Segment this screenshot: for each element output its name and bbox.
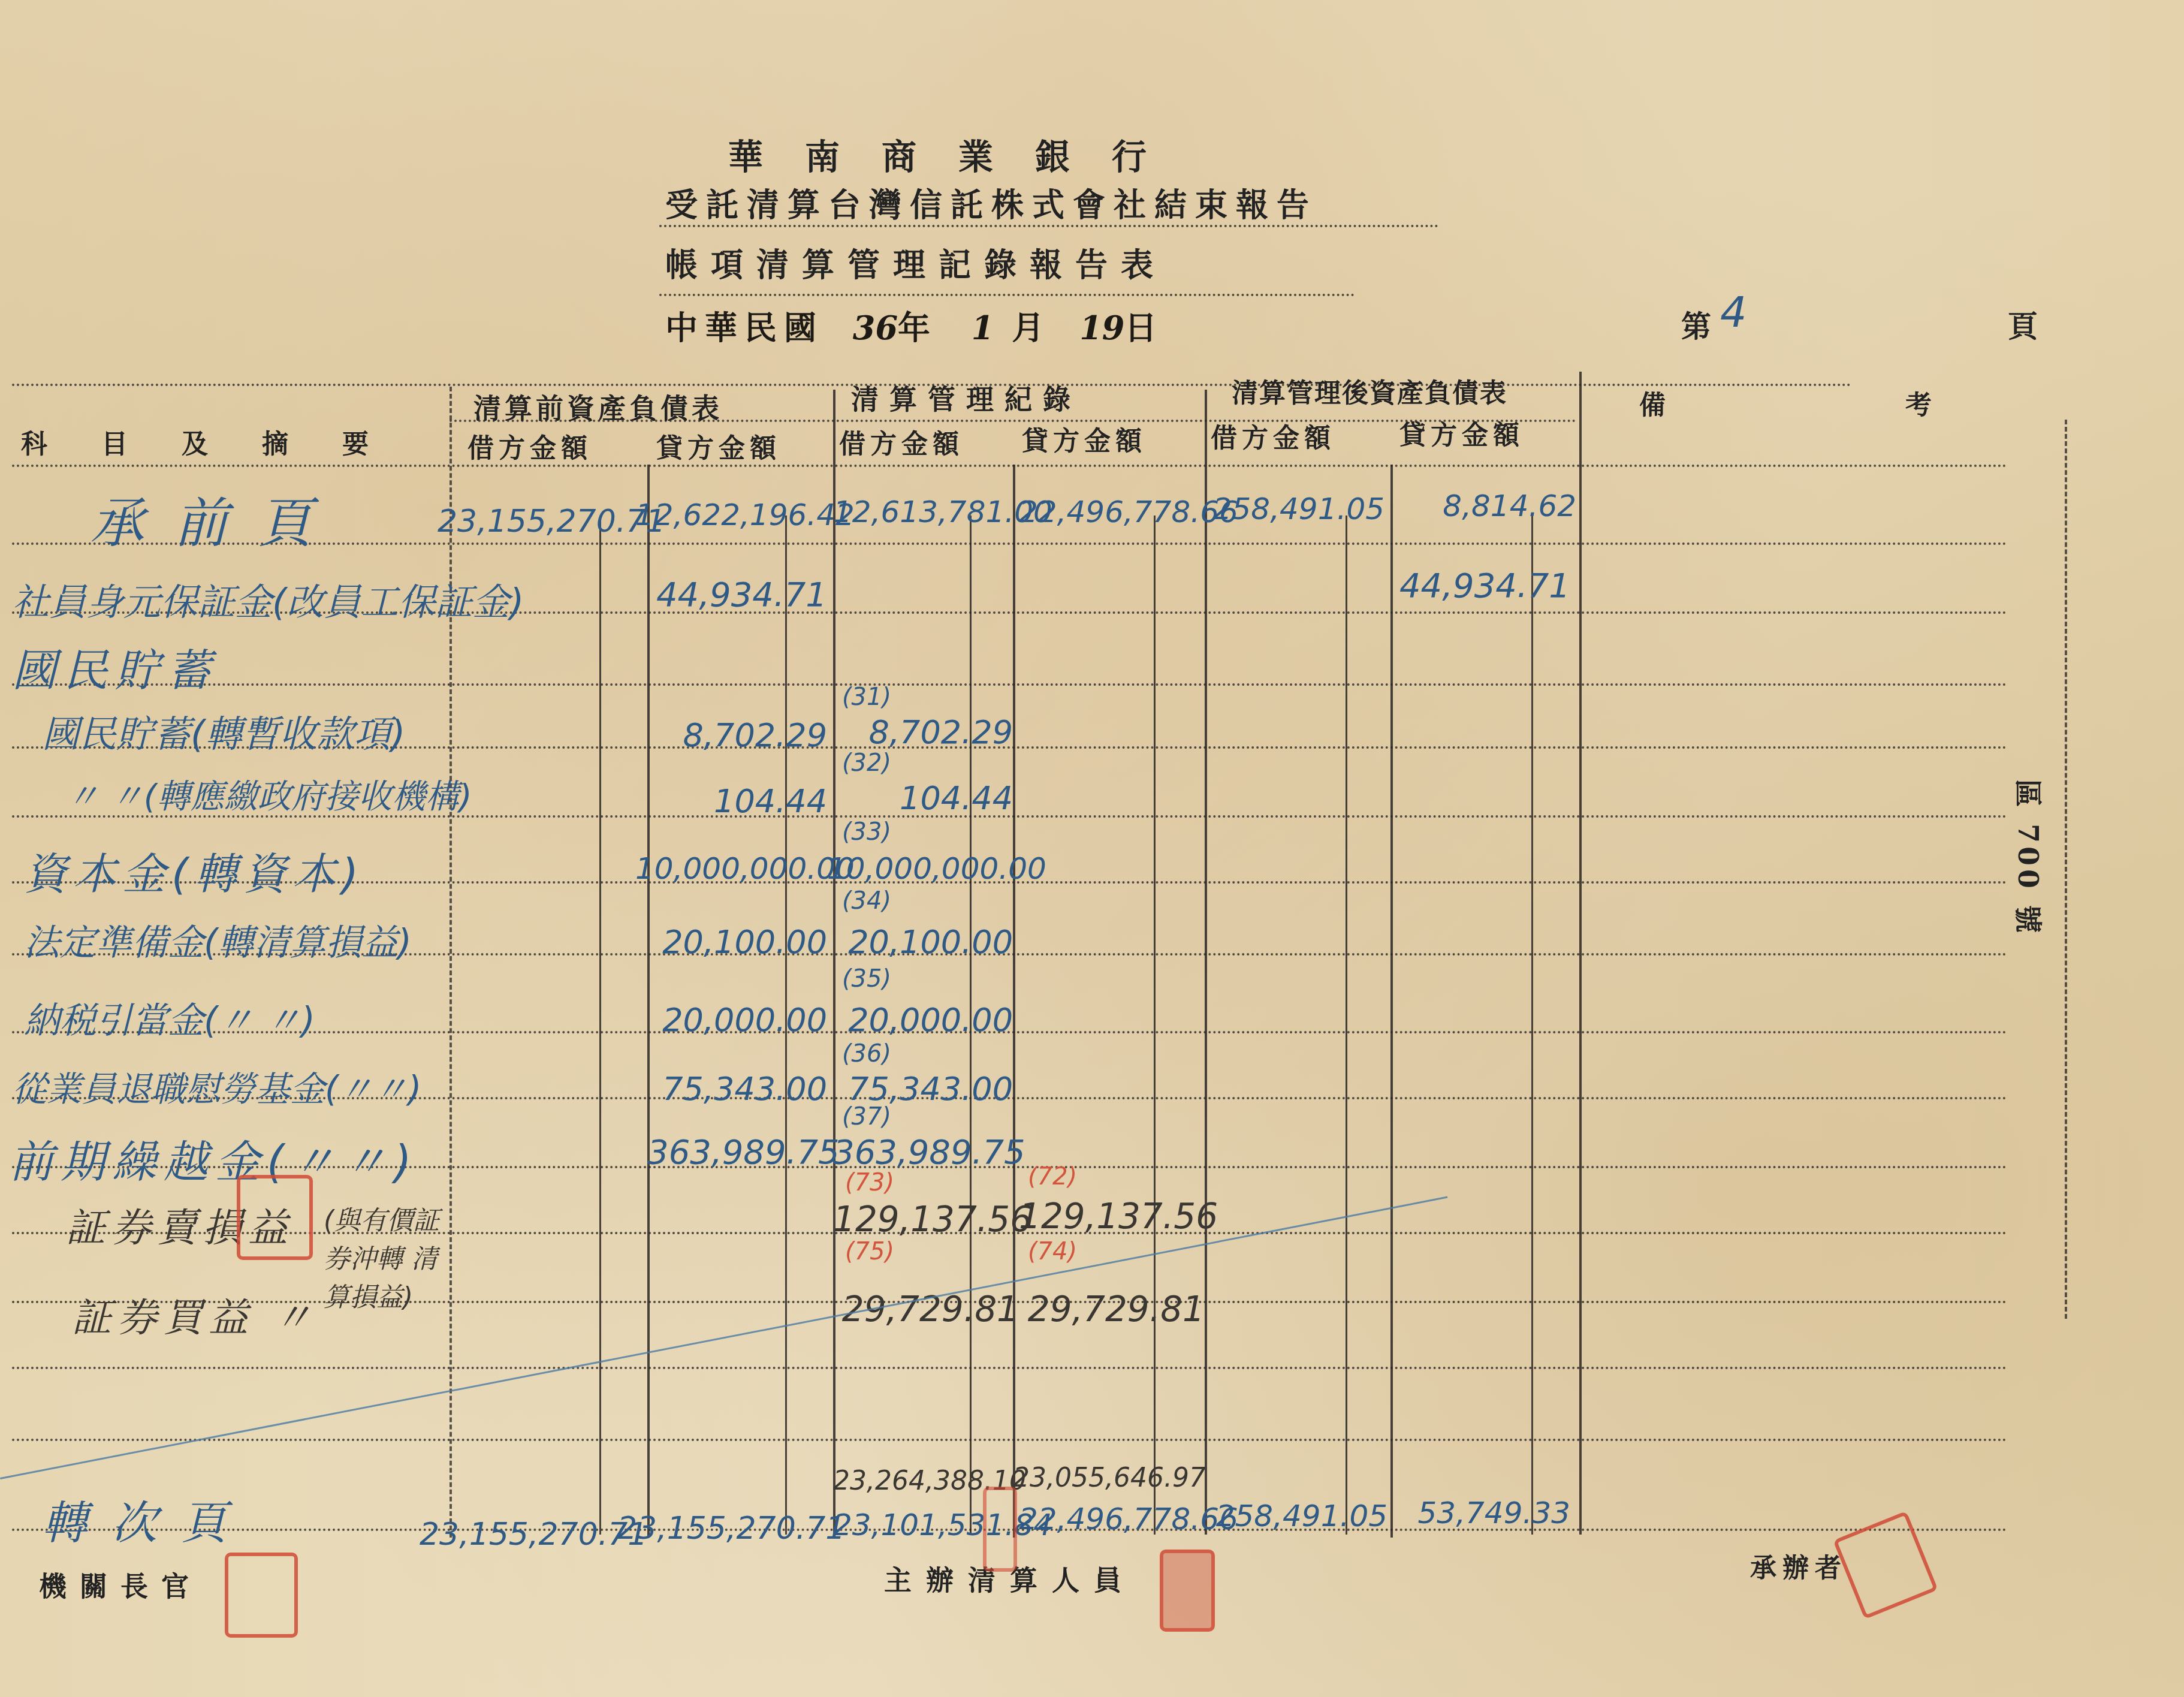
row-subject: 社員身元保証金(改員工保証金) bbox=[12, 572, 524, 626]
post-debit-value: 258,491.05 bbox=[1208, 492, 1384, 526]
bank-name: 華南商業銀行 bbox=[728, 129, 1188, 179]
form-title: 帳項清算管理記錄報告表 bbox=[665, 240, 1166, 286]
post-credit-value: 8,814.62 bbox=[1396, 489, 1576, 523]
date-month: 1 bbox=[972, 309, 994, 347]
entry-ref-red: (73) bbox=[845, 1169, 894, 1196]
post-credit-value: 44,934.71 bbox=[1390, 566, 1570, 605]
pre-debit-value: 23,155,270.71 bbox=[438, 504, 641, 539]
margin-stamp-number: 區 700 號 bbox=[2010, 779, 2050, 936]
rec-debit-value: 129,137.56 bbox=[833, 1199, 1019, 1240]
row-line bbox=[12, 1439, 2008, 1441]
pre-credit-value: 20,100.00 bbox=[647, 923, 827, 961]
col-divider-subject bbox=[450, 387, 452, 1538]
official-seal bbox=[225, 1553, 298, 1638]
row-subject: 國民貯蓄(轉暫收款項) bbox=[42, 704, 405, 758]
group-header-pre: 清算前資產負債表 bbox=[473, 387, 723, 426]
row-subject: 資本金(轉資本) bbox=[24, 839, 364, 902]
row-subject: 法定準備金(轉清算損益) bbox=[24, 914, 412, 966]
remarks-right-border bbox=[2065, 420, 2067, 1319]
row-subject: 承前頁 bbox=[90, 480, 342, 557]
official-label: 機關長官 bbox=[39, 1565, 202, 1604]
total-pre-credit: 23,155,270.71 bbox=[617, 1511, 830, 1547]
pre-credit-value: 8,702.29 bbox=[647, 716, 827, 754]
cents-divider bbox=[1346, 516, 1347, 1535]
entry-ref-red: (72) bbox=[1028, 1163, 1077, 1190]
rec-debit-value: 363,989.75 bbox=[833, 1133, 1013, 1172]
page-number: 4 bbox=[1720, 288, 1747, 337]
entry-ref: (36) bbox=[842, 1040, 891, 1068]
row-line bbox=[12, 1367, 2008, 1369]
entry-ref-red: (74) bbox=[1028, 1238, 1077, 1265]
entry-ref: (37) bbox=[842, 1103, 891, 1131]
pre-credit-header: 貸方金額 bbox=[656, 427, 781, 465]
pre-debit-header: 借方金額 bbox=[467, 427, 592, 465]
row-note: (與有價証券沖轉 清算損益) bbox=[324, 1199, 461, 1314]
pre-credit-value: 20,000.00 bbox=[647, 1001, 827, 1039]
pre-credit-value: 44,934.71 bbox=[647, 575, 827, 614]
col-header-subject: 科目及摘要 bbox=[21, 423, 423, 461]
rec-debit-value: 75,343.00 bbox=[833, 1070, 1013, 1108]
record-credit-header: 貸方金額 bbox=[1022, 420, 1147, 458]
rec-debit-value: 12,613,781.00 bbox=[833, 495, 1013, 529]
pre-credit-value: 12,622,196.42 bbox=[635, 498, 833, 532]
date-day: 19 bbox=[1079, 309, 1124, 347]
report-title: 受託清算台灣信託株式會社結束報告 bbox=[665, 180, 1317, 226]
form-title-underline bbox=[659, 294, 1355, 296]
cents-divider bbox=[1531, 516, 1533, 1535]
date-year: 36 bbox=[853, 309, 898, 347]
record-overlap-seal bbox=[983, 1487, 1017, 1572]
date-day-unit: 日 bbox=[1124, 309, 1157, 347]
total-post-debit: 258,491.05 bbox=[1208, 1499, 1387, 1533]
rec-credit-value: 29,729.81 bbox=[1019, 1289, 1205, 1330]
rec-debit-value: 20,100.00 bbox=[833, 923, 1013, 961]
rec-debit-value: 29,729.81 bbox=[833, 1289, 1019, 1330]
pre-credit-value: 75,343.00 bbox=[647, 1070, 827, 1108]
row-line bbox=[12, 683, 2008, 686]
cents-divider bbox=[599, 516, 601, 1535]
row-subject: 國民貯蓄 bbox=[12, 635, 218, 699]
title-underline bbox=[659, 225, 1438, 227]
correction-seal bbox=[237, 1175, 313, 1260]
entry-ref-red: (75) bbox=[845, 1238, 894, 1265]
date-month-unit: 月 bbox=[1012, 309, 1044, 347]
total-pre-debit: 23,155,270.71 bbox=[420, 1517, 641, 1553]
entry-ref: (32) bbox=[842, 749, 891, 777]
col-divider-rec-mid bbox=[1013, 465, 1015, 1538]
entry-ref: (35) bbox=[842, 965, 891, 993]
carry-forward-label: 轉次頁 bbox=[42, 1487, 251, 1552]
row-subject: 納税引當金(〃 〃) bbox=[24, 992, 315, 1044]
post-debit-header: 借方金額 bbox=[1211, 417, 1335, 455]
pre-credit-value: 363,989.75 bbox=[647, 1133, 827, 1172]
row-subject: 從業員退職慰勞基金(〃〃) bbox=[12, 1061, 421, 1111]
rec-credit-value: 22,496,778.66 bbox=[1019, 495, 1205, 529]
row-subject: 〃 〃(轉應繳政府接收機構) bbox=[66, 770, 472, 818]
total-rec-credit: 22,496,778.66 bbox=[1019, 1502, 1205, 1536]
rec-debit-value: 104.44 bbox=[833, 779, 1013, 817]
date-year-unit: 年 bbox=[898, 309, 930, 347]
record-debit-header: 借方金額 bbox=[839, 423, 964, 461]
subtotal-rec-credit: 23,055,646.97 bbox=[1013, 1463, 1199, 1493]
rec-debit-value: 8,702.29 bbox=[833, 713, 1013, 751]
liquidator-seal bbox=[1160, 1550, 1215, 1632]
pre-credit-value: 10,000,000.00 bbox=[635, 851, 827, 886]
col-header-remarks: 備考 bbox=[1639, 384, 2171, 422]
total-post-credit: 53,749.33 bbox=[1390, 1496, 1570, 1530]
entry-ref: (34) bbox=[842, 887, 891, 915]
group-header-post: 清算管理後資產負債表 bbox=[1232, 372, 1507, 410]
group-header-record: 清算管理紀錄 bbox=[851, 378, 1081, 417]
cents-divider bbox=[1154, 516, 1156, 1535]
post-credit-header: 貸方金額 bbox=[1399, 414, 1524, 452]
col-divider-rec-post bbox=[1205, 390, 1207, 1535]
rec-credit-value: 129,137.56 bbox=[1019, 1196, 1205, 1237]
pre-credit-value: 104.44 bbox=[647, 782, 827, 820]
header-bottom-border bbox=[12, 465, 2008, 467]
col-divider-post-mid bbox=[1390, 465, 1393, 1538]
row-subject: 証券買益 〃 bbox=[72, 1286, 318, 1343]
entry-ref: (31) bbox=[842, 683, 891, 711]
date-era: 中華民國 bbox=[665, 309, 823, 347]
page-suffix: 頁 bbox=[2008, 303, 2056, 346]
row-subject: 前期繰越金(〃〃) bbox=[9, 1127, 419, 1190]
rec-debit-value: 20,000.00 bbox=[833, 1001, 1013, 1039]
handler-label: 承辦者 bbox=[1750, 1547, 1847, 1585]
rec-debit-value: 10,000,000.00 bbox=[827, 851, 1013, 886]
entry-ref: (33) bbox=[842, 818, 891, 846]
report-date: 中華民國 36年 1月 19日 bbox=[665, 303, 1157, 349]
col-divider-pre-rec bbox=[833, 390, 835, 1535]
